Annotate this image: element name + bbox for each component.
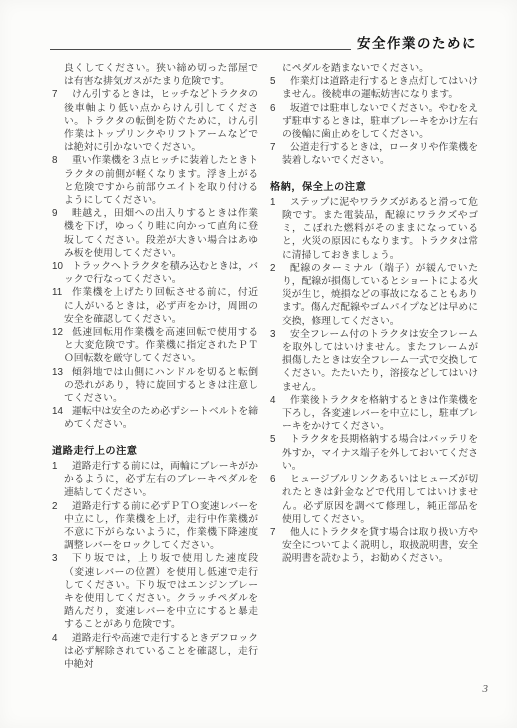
item-text: 坂道では駐車しないでください。やむをえず駐車するときは，駐車ブレーキをかけ左右の… [282,103,478,140]
item-text: 安全フレーム付のトラクタは安全フレームを取外してはいけません。またフレームが損傷… [282,329,478,393]
item-text: 低速回転用作業機を高速回転で使用すると大変危険です。作業機に指定されたＰＴＯ回転… [64,327,258,364]
left-column: 良くしてください。狭い締め切った部屋では有害な排気ガスがたまり危険です。 7けん… [52,62,258,671]
manual-page: 安全作業のために 良くしてください。狭い締め切った部屋では有害な排気ガスがたまり… [0,0,517,728]
list-item: 5作業灯は道路走行するとき点灯してはいけません。後続車の運転妨害になります。 [270,75,478,101]
item-number: 11 [52,286,62,299]
list-item: 14運転中は安全のため必ずシートベルトを締めてください。 [52,405,258,431]
list-item: 10トラックへトラクタを積み込むときは，バックで行なってください。 [52,260,258,286]
item-text: 道路走行する前に必ずＰＴＯ変速レバーを中立にし，作業機を上げ，走行中作業機が不意… [64,501,258,552]
list-item: 4作業後トラクタを格納するときは作業機を下ろし，各変速レバーを中立にし，駐車ブレ… [270,394,478,434]
item-text: 作業後トラクタを格納するときは作業機を下ろし，各変速レバーを中立にし，駐車ブレー… [282,395,478,432]
item-text: 作業機を上げたり回転させる前に，付近に人がいるときは，必ず声をかけ，周囲の安全を… [64,287,258,324]
page-number: 3 [483,683,489,695]
item-number: 14 [52,405,63,418]
item-number: 10 [52,260,63,273]
item-number: 12 [52,326,63,339]
item-text: 運転中は安全のため必ずシートベルトを締めてください。 [64,406,258,430]
item-text: ヒュージブルリンクあるいはヒューズが切れたときは針金などで代用してはいけません。… [282,474,478,525]
item-number: 2 [270,262,275,275]
section-heading-road-travel: 道路走行上の注意 [52,445,258,458]
item-text: 配線のターミナル（端子）が緩んでいたり，配線が損傷しているとショートによる火災が… [282,263,478,327]
paragraph-continuation: にペダルを踏まないでください。 [270,62,478,75]
item-text: 他人にトラクタを貸す場合は取り扱い方や安全についてよく説明し，取扱説明書，安全説… [282,527,478,564]
list-item: 6坂道では駐車しないでください。やむをえず駐車するときは，駐車ブレーキをかけ左右… [270,102,478,142]
item-text: 公道走行するときは，ロータリや作業機を装着しないでください。 [282,142,478,166]
item-number: 1 [270,196,275,209]
item-text: トラクタを長期格納する場合はバッテリを外すか，マイナス端子を外しておいてください… [282,434,478,471]
item-number: 1 [52,460,57,473]
list-item: 5トラクタを長期格納する場合はバッテリを外すか，マイナス端子を外しておいてくださ… [270,433,478,473]
item-text: ステップに泥やワラクズがあると滑って危険です。また電装品，配線にワラクズやゴミ，… [282,197,478,261]
header-rule [50,48,351,50]
list-item: 11作業機を上げたり回転させる前に，付近に人がいるときは，必ず声をかけ，周囲の安… [52,286,258,326]
list-item: 2道路走行する前に必ずＰＴＯ変速レバーを中立にし，作業機を上げ，走行中作業機が不… [52,500,258,553]
section-heading-storage-maintenance: 格納，保全上の注意 [270,181,478,194]
item-text: けん引するときは，ヒッチなどトラクタの後車軸より低い点からけん引してください。ト… [64,89,258,153]
item-number: 8 [52,154,57,167]
text-columns: 良くしてください。狭い締め切った部屋では有害な排気ガスがたまり危険です。 7けん… [52,62,478,671]
item-text: 道路走行や高速で走行するときデフロックは必ず解除されていることを確認し，走行中絶… [64,633,258,670]
item-text: 作業灯は道路走行するとき点灯してはいけません。後続車の運転妨害になります。 [282,76,478,100]
item-text: 下り坂では，上り坂で使用した速度段（変速レバーの位置）を使用し低速で走行してくだ… [64,553,258,630]
item-number: 6 [270,102,275,115]
list-item: 3安全フレーム付のトラクタは安全フレームを取外してはいけません。またフレームが損… [270,328,478,394]
list-item: 12低速回転用作業機を高速回転で使用すると大変危険です。作業機に指定されたＰＴＯ… [52,326,258,366]
page-header-title: 安全作業のために [357,32,477,52]
item-number: 5 [270,433,275,446]
item-text: 道路走行する前には，両輪にブレーキがかかるように，必ず左右のブレーキペダルを連結… [64,461,258,498]
list-item: 8重い作業機を３点ヒッチに装着したときトラクタの前側が軽くなります。浮き上がると… [52,154,258,207]
list-item: 1ステップに泥やワラクズがあると滑って危険です。また電装品，配線にワラクズやゴミ… [270,196,478,262]
item-number: 2 [52,500,57,513]
page-header: 安全作業のために [50,32,477,52]
right-column: にペダルを踏まないでください。 5作業灯は道路走行するとき点灯してはいけません。… [270,62,478,671]
item-number: 3 [270,328,275,341]
item-number: 7 [52,88,57,101]
item-text: 重い作業機を３点ヒッチに装着したときトラクタの前側が軽くなります。浮き上がると危… [64,155,258,206]
item-number: 4 [52,632,57,645]
list-item: 3下り坂では，上り坂で使用した速度段（変速レバーの位置）を使用し低速で走行してく… [52,552,258,631]
list-item: 4道路走行や高速で走行するときデフロックは必ず解除されていることを確認し，走行中… [52,632,258,672]
item-number: 5 [270,75,275,88]
list-item: 2配線のターミナル（端子）が緩んでいたり，配線が損傷しているとショートによる火災… [270,262,478,328]
list-item: 9畦越え，田畑への出入りするときは作業機を下げ，ゆっくり畦に向かって直角に登坂し… [52,207,258,260]
list-item: 7けん引するときは，ヒッチなどトラクタの後車軸より低い点からけん引してください。… [52,88,258,154]
item-text: 畦越え，田畑への出入りするときは作業機を下げ，ゆっくり畦に向かって直角に登坂して… [64,208,258,259]
list-item: 13傾斜地では山側にハンドルを切ると転倒の恐れがあり，特に旋回するときは注意して… [52,366,258,406]
item-number: 3 [52,552,57,565]
item-text: トラックへトラクタを積み込むときは，バックで行なってください。 [64,261,258,285]
list-item: 1道路走行する前には，両輪にブレーキがかかるように，必ず左右のブレーキペダルを連… [52,460,258,500]
item-number: 7 [270,141,275,154]
item-number: 9 [52,207,57,220]
item-text: 傾斜地では山側にハンドルを切ると転倒の恐れがあり，特に旋回するときは注意してくだ… [64,367,258,404]
list-item: 7他人にトラクタを貸す場合は取り扱い方や安全についてよく説明し，取扱説明書，安全… [270,526,478,566]
list-item: 7公道走行するときは，ロータリや作業機を装着しないでください。 [270,141,478,167]
list-item: 6ヒュージブルリンクあるいはヒューズが切れたときは針金などで代用してはいけません… [270,473,478,526]
paragraph-continuation: 良くしてください。狭い締め切った部屋では有害な排気ガスがたまり危険です。 [52,62,258,88]
item-number: 13 [52,366,63,379]
item-number: 7 [270,526,275,539]
item-number: 4 [270,394,275,407]
item-number: 6 [270,473,275,486]
